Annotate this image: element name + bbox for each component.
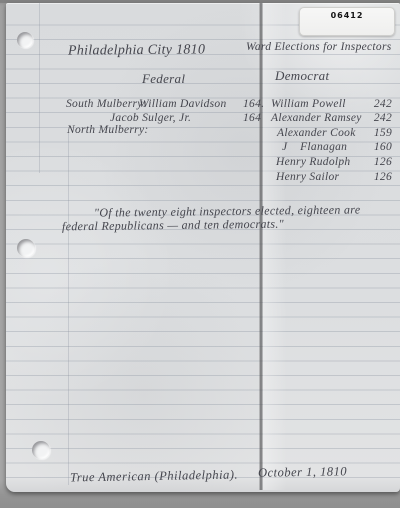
democrat-candidate-name: Alexander Cook — [277, 128, 356, 140]
democrat-candidate-name: Alexander Ramsey — [271, 113, 362, 125]
margin-crease-line — [39, 3, 40, 173]
hole-punch — [32, 441, 50, 459]
democrat-candidate-name: Henry Rudolph — [276, 157, 350, 169]
democrat-candidate-name: Henry Sailor — [276, 172, 339, 184]
column-header-federal: Federal — [142, 72, 185, 85]
democrat-candidate-name: J Flanagan — [282, 142, 347, 154]
ruled-lines — [6, 11, 400, 486]
citation-source: True American (Philadelphia). — [70, 469, 238, 484]
catalog-label-sticker: 06412 — [299, 7, 395, 36]
federal-vote-count: 164 — [243, 113, 261, 125]
hole-punch — [17, 32, 33, 48]
democrat-vote-count: 242 — [362, 113, 392, 125]
democrat-vote-count: 126 — [362, 157, 392, 169]
page-title-right: Ward Elections for Inspectors — [246, 42, 392, 54]
column-header-democrat: Democrat — [275, 69, 329, 82]
notebook-page: 06412 Philadelphia City 1810 Ward Electi… — [6, 3, 400, 492]
catalog-number: 06412 — [300, 11, 394, 20]
ward-label: South Mulberry: — [66, 99, 147, 111]
federal-candidate-name: Jacob Sulger, Jr. — [110, 113, 191, 125]
democrat-candidate-name: William Powell — [271, 99, 346, 111]
democrat-vote-count: 160 — [362, 142, 392, 154]
democrat-vote-count: 126 — [362, 172, 392, 184]
scanned-document-screenshot: { "scan": { "label_number": "06412" }, "… — [0, 0, 400, 508]
citation-date: October 1, 1810 — [258, 465, 347, 479]
democrat-vote-count: 159 — [362, 128, 392, 140]
democrat-vote-count: 242 — [362, 99, 392, 111]
margin-crease-line — [68, 133, 69, 485]
hole-punch — [17, 239, 35, 257]
page-title-left: Philadelphia City 1810 — [68, 43, 205, 58]
federal-candidate-name: William Davidson — [139, 99, 227, 111]
quote-text-line: federal Republicans — and ten democrats.… — [62, 218, 284, 233]
ward-label: North Mulberry: — [67, 125, 148, 137]
federal-vote-count: 164. — [243, 99, 264, 111]
